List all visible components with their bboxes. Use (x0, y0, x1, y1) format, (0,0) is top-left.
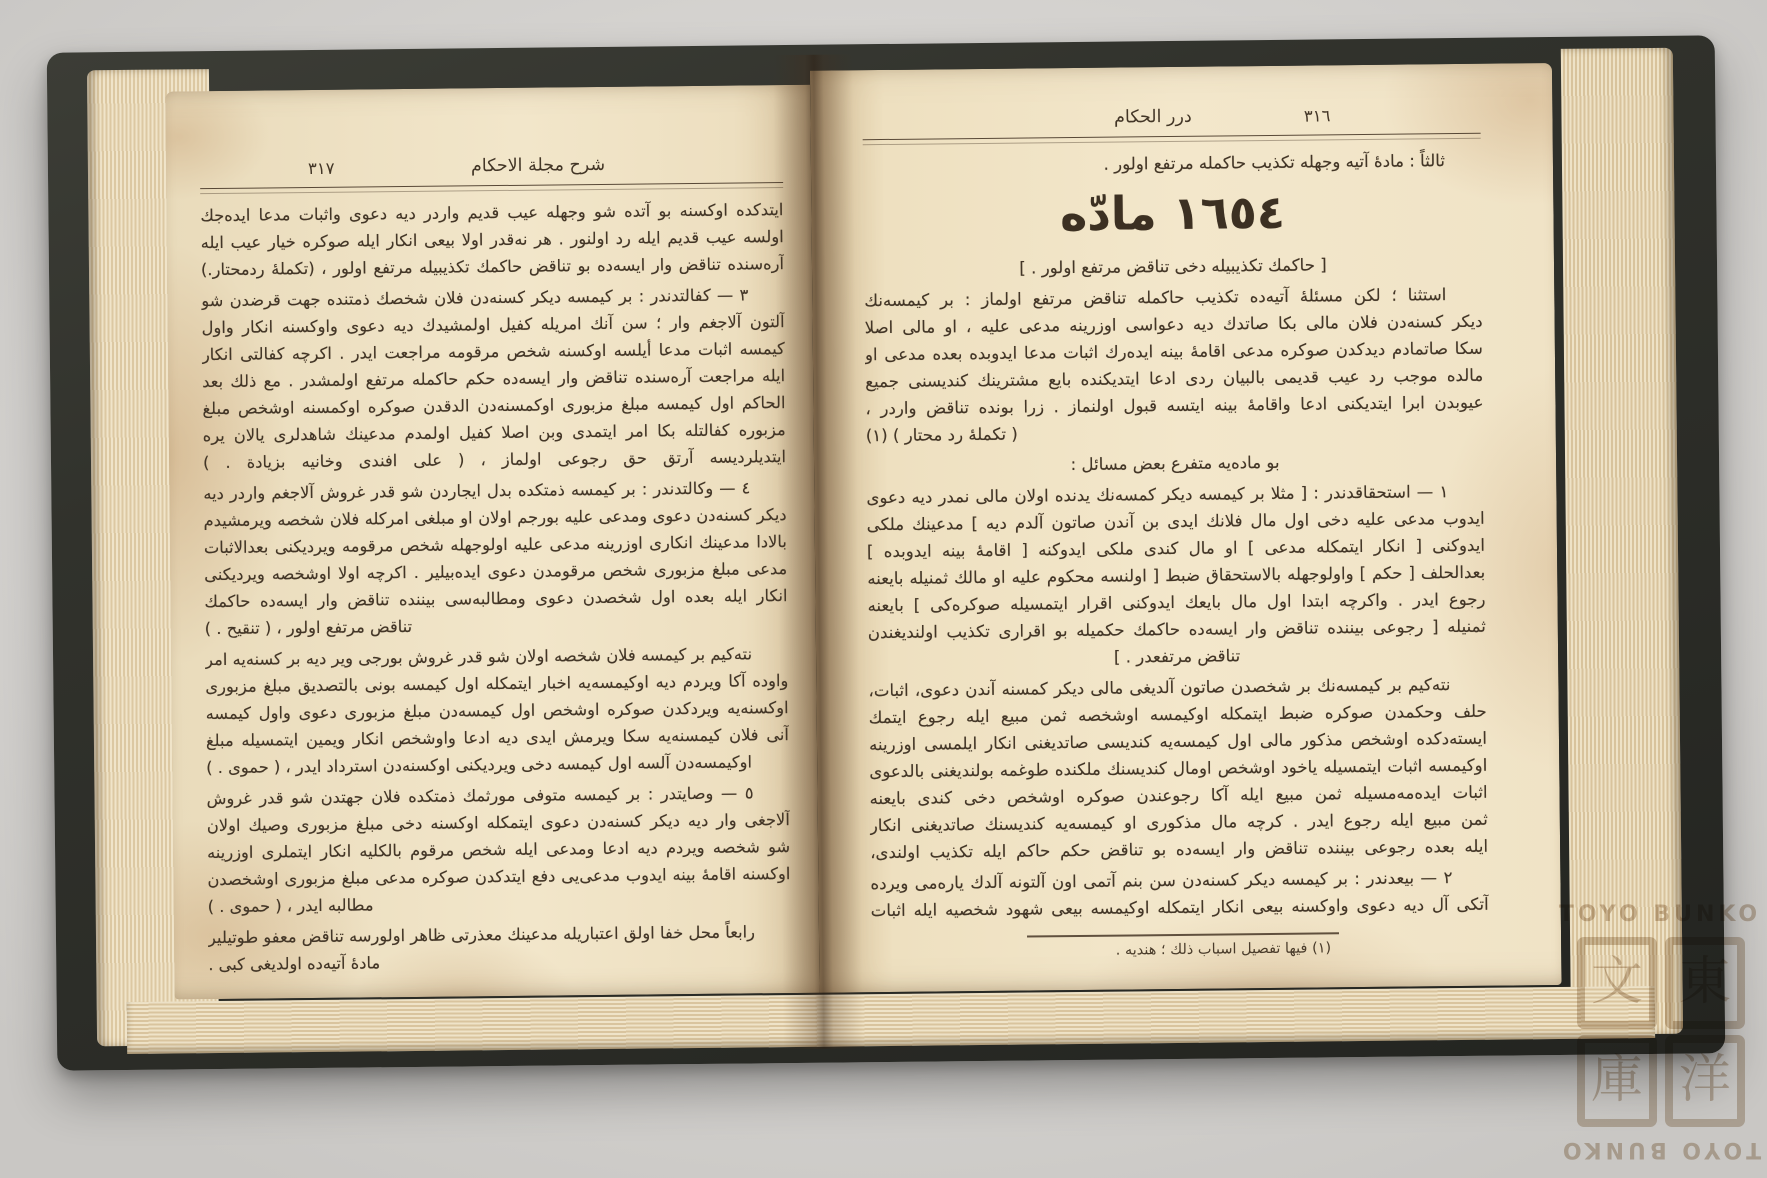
text-line: آتكی آل دیه دعوی واوكسنه بیعی انكار ایتم… (871, 892, 1489, 925)
paragraph: ١ — استحقاقدندر : [ مثلا بر كیمسه دیكر ك… (866, 479, 1486, 674)
paragraph: ٤ — وكالتدندر : بر كیمسه ذمتكده بدل ایجا… (203, 475, 788, 643)
right-page-content: ٣١٦ درر الحكام ثالثاً : مادۀ آتیه وجهله … (862, 104, 1489, 956)
paragraph: نته‌كیم بر كیمسه فلان شخصه اولان شو قدر … (205, 641, 789, 782)
text-line: مطالبه ایدر ، ( حموی . ) (208, 888, 791, 921)
paragraph: استثنا ؛ لكن مسئلهٔ آتیه‌ده تكذیب حاكمله… (864, 282, 1484, 450)
article-number-heading: ١٦٥٤ مادّه (863, 179, 1482, 251)
text-line: ثالثاً : مادۀ آتیه وجهله تكذیب حاكمله مر… (863, 148, 1481, 181)
paragraph: بو ماده‌یه متفرع بعض مسائل : (866, 448, 1484, 481)
right-page-text: ثالثاً : مادۀ آتیه وجهله تكذیب حاكمله مر… (863, 148, 1489, 925)
footnote: (١) فیها تفصیل اسباب ذلك ؛ هندیه . (871, 939, 1489, 961)
text-line: آره‌سنده تناقض وار ایسه‌ده بو تناقض حاكم… (201, 251, 784, 284)
left-page-number: ٣١٧ (308, 159, 335, 178)
left-page: ٣١٧ شرح مجلة الاحكام ایتدكده اوكسنه بو آ… (165, 85, 819, 1000)
left-running-title: شرح مجلة الاحكام (471, 155, 605, 176)
left-page-text: ایتدكده اوكسنه بو آتده شو وجهله عیب قدیم… (200, 197, 791, 979)
paragraph: نته‌كیم بر كیمسه‌نك بر شخصدن صاتون آلدیغ… (868, 672, 1488, 867)
text-line: [ حاكمك تكذيبيله دخی تناقض مرتفع اولور .… (864, 251, 1482, 284)
text-line: ( تكملهٔ رد محتار ) (١) (866, 417, 1484, 450)
text-line: بو ماده‌یه متفرع بعض مسائل : (866, 448, 1484, 481)
stamp-text-bottom: TOYO BUNKO (1552, 1137, 1767, 1162)
page-edges-right (1561, 48, 1683, 1035)
paragraph: رابعاً محل خفا اولق اعتباریله مدعینك معذ… (208, 919, 792, 979)
paragraph: ٢ — بیعدندر : بر كیمسه دیكر كسنه‌دن سن ب… (870, 865, 1489, 925)
text-line: تناقض مرتفع اولور ، ( تنقیح . ) (205, 610, 788, 643)
paragraph: ایتدكده اوكسنه بو آتده شو وجهله عیب قدیم… (200, 197, 784, 284)
article-heading: ١٦٥٤ مادّه (863, 179, 1482, 251)
paragraph: ثالثاً : مادۀ آتیه وجهله تكذیب حاكمله مر… (863, 148, 1481, 181)
footnote-rule (1027, 932, 1339, 937)
text-line: ایله بعده رجوعی بیننده تناقض وار ایسه‌ده… (870, 834, 1488, 867)
left-page-content: ٣١٧ شرح مجلة الاحكام ایتدكده اوكسنه بو آ… (200, 153, 791, 963)
book: ٣١٧ شرح مجلة الاحكام ایتدكده اوكسنه بو آ… (47, 35, 1726, 1070)
text-line: تناقض مرتفعدر . ] (868, 641, 1486, 674)
text-line: ایتدیلردیسه آرتق حق رجوعی اولماز ، ( علی… (203, 444, 786, 477)
right-page-number: ٣١٦ (1304, 106, 1331, 125)
paragraph: [ حاكمك تكذيبيله دخی تناقض مرتفع اولور .… (864, 251, 1482, 284)
paragraph: ٣ — كفالتدندر : بر كیمسه دیكر كسنه‌دن فل… (201, 282, 786, 477)
text-line: اوكیمسه‌دن آلسه اول كیمسه دخی ویردیكنی ا… (206, 749, 789, 782)
paragraph: ٥ — وصایتدر : بر كیمسه متوفی مورثمك ذمتك… (206, 780, 790, 921)
text-line: مادهٔ آتیه‌ده اولدیغی كبی . (208, 946, 791, 979)
right-running-title: درر الحكام (1114, 107, 1192, 128)
right-page: ٣١٦ درر الحكام ثالثاً : مادۀ آتیه وجهله … (810, 63, 1562, 993)
